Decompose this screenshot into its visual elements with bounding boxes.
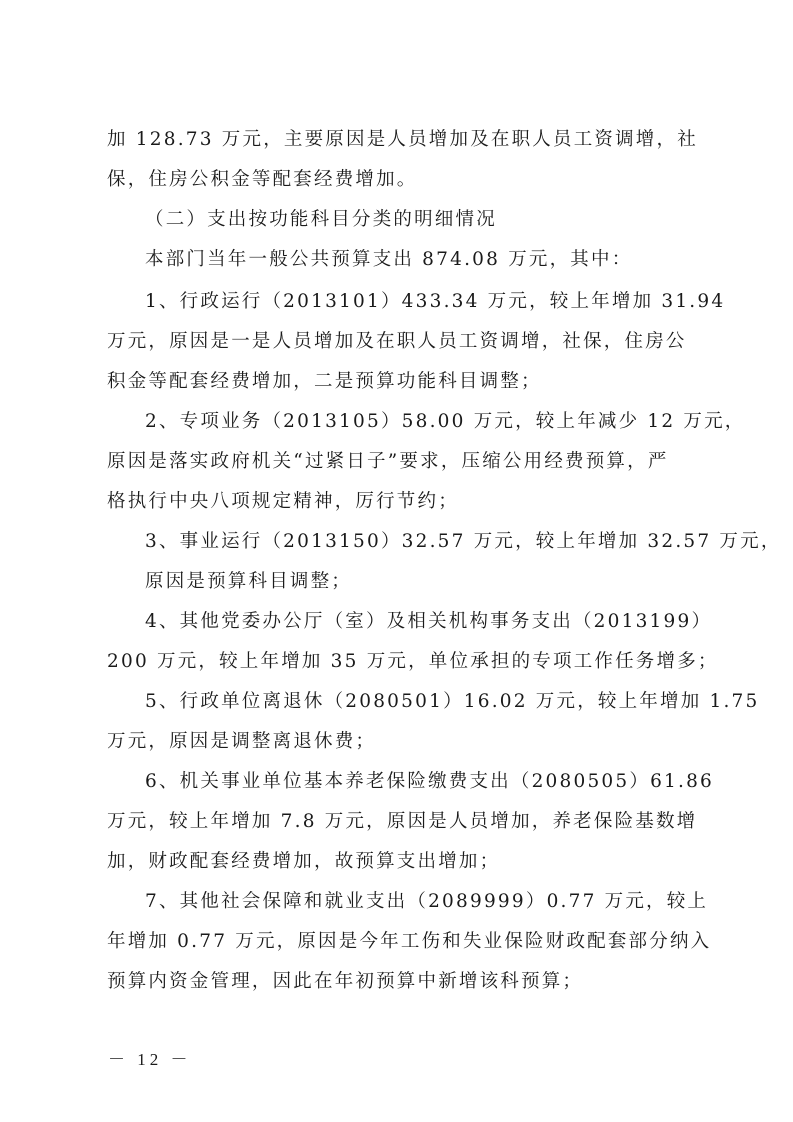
list-item-3-line: 3、事业运行（2013150）32.57 万元，较上年增加 32.57 万元， bbox=[145, 530, 693, 554]
paragraph-line: 格执行中央八项规定精神，厉行节约； bbox=[107, 490, 693, 514]
paragraph-line: 加，财政配套经费增加，故预算支出增加； bbox=[107, 850, 693, 874]
paragraph-line: 保，住房公积金等配套经费增加。 bbox=[107, 168, 693, 192]
list-item-6-line: 6、机关事业单位基本养老保险缴费支出（2080505）61.86 bbox=[145, 770, 693, 794]
paragraph-line: 原因是落实政府机关“过紧日子”要求，压缩公用经费预算，严 bbox=[107, 450, 693, 474]
list-item-4-line: 4、其他党委办公厅（室）及相关机构事务支出（2013199） bbox=[145, 610, 693, 634]
paragraph-line: 积金等配套经费增加，二是预算功能科目调整； bbox=[107, 370, 693, 394]
list-item-5-line: 5、行政单位离退休（2080501）16.02 万元，较上年增加 1.75 bbox=[145, 690, 693, 714]
paragraph-line: 200 万元，较上年增加 35 万元，单位承担的专项工作任务增多； bbox=[107, 650, 693, 674]
list-item-7-line: 7、其他社会保障和就业支出（2089999）0.77 万元，较上 bbox=[145, 890, 693, 914]
paragraph-line: 原因是预算科目调整； bbox=[145, 570, 693, 594]
document-page: 加 128.73 万元，主要原因是人员增加及在职人员工资调增，社 保，住房公积金… bbox=[0, 0, 793, 1122]
paragraph-line: 加 128.73 万元，主要原因是人员增加及在职人员工资调增，社 bbox=[107, 128, 693, 152]
list-item-1-line: 1、行政运行（2013101）433.34 万元，较上年增加 31.94 bbox=[145, 290, 693, 314]
paragraph-line: 万元，原因是调整离退休费； bbox=[107, 730, 693, 754]
paragraph-line: 万元，原因是一是人员增加及在职人员工资调增，社保，住房公 bbox=[107, 330, 693, 354]
paragraph-line: 本部门当年一般公共预算支出 874.08 万元，其中： bbox=[145, 248, 693, 272]
paragraph-line: 万元，较上年增加 7.8 万元，原因是人员增加，养老保险基数增 bbox=[107, 810, 693, 834]
paragraph-line: 年增加 0.77 万元，原因是今年工伤和失业保险财政配套部分纳入 bbox=[107, 930, 693, 954]
section-heading: （二）支出按功能科目分类的明细情况 bbox=[145, 208, 731, 232]
list-item-2-line: 2、专项业务（2013105）58.00 万元，较上年减少 12 万元， bbox=[145, 410, 693, 434]
paragraph-line: 预算内资金管理，因此在年初预算中新增该科预算； bbox=[107, 970, 693, 994]
page-number: － 12 － bbox=[108, 1045, 192, 1070]
